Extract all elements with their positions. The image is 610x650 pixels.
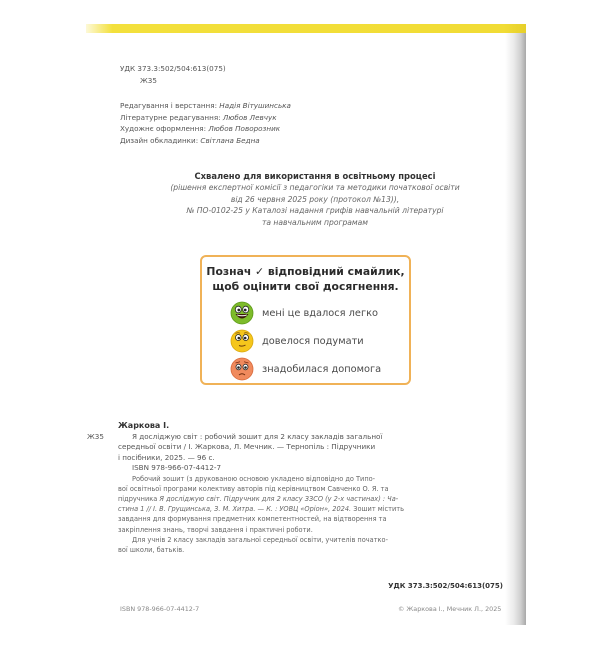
self-assessment-box: Познач ✓ відповідний смайлик, щоб оцінит… [200,255,411,385]
happy-smiley-icon [230,301,254,325]
approval-block: Схвалено для використання в освітньому п… [150,170,480,228]
rating-option-help: знадобилася допомога [230,358,381,380]
footer-copyright: © Жаркова І., Мечник Л., 2025 [398,605,501,615]
credit-literary-editing: Літературне редагування: Любов Левчук [120,113,291,125]
approval-line: від 26 червня 2025 року (протокол №13)), [150,194,480,206]
udk-code: УДК 373.3:502/504:613(075) [120,64,226,74]
approval-line: (рішення експертної комісії з педагогіки… [150,182,480,194]
catalog-author: Жаркова І. [118,421,169,431]
catalog-title-line: і посібники, 2025. — 96 с. [118,453,506,463]
rating-option-think: довелося подумати [230,330,364,352]
catalog-udk: УДК 373.3:502/504:613(075) [388,582,503,590]
thinking-smiley-icon [230,329,254,353]
self-assessment-title: Познач ✓ відповідний смайлик, щоб оцінит… [202,264,409,294]
catalog-audience: Для учнів 2 класу закладів загальної сер… [118,535,506,545]
catalog-card: Я досліджую світ : робочий зошит для 2 к… [118,432,506,555]
rating-label: довелося подумати [262,336,364,347]
approval-line: № ПО-0102-25 у Каталозі надання грифів н… [150,205,480,217]
credit-editing: Редагування і верстання: Надія Вітушинсь… [120,101,291,113]
approval-heading: Схвалено для використання в освітньому п… [150,170,480,182]
credit-cover-design: Дизайн обкладинки: Світлана Бедна [120,136,291,148]
catalog-code: Ж35 [87,432,104,442]
catalog-title-line: середньої освіти / І. Жаркова, Л. Мечник… [118,442,506,452]
rating-label: знадобилася допомога [262,364,381,375]
book-spine-shadow [505,33,526,625]
yellow-top-band [86,24,526,33]
credit-art-design: Художнє оформлення: Любов Поворозник [120,124,291,136]
catalog-title-line: Я досліджую світ : робочий зошит для 2 к… [118,432,506,442]
worried-smiley-icon [230,357,254,381]
catalog-description: Робочий зошит (з друкованою основою укла… [118,474,506,484]
credits-list: Редагування і верстання: Надія Вітушинсь… [120,101,291,147]
rating-label: мені це вдалося легко [262,308,378,319]
rating-option-easy: мені це вдалося легко [230,302,378,324]
footer-isbn: ISBN 978-966-07-4412-7 [120,605,199,615]
approval-line: та навчальним програмам [150,217,480,229]
author-code: Ж35 [140,76,157,86]
catalog-isbn: ISBN 978-966-07-4412-7 [118,463,506,473]
